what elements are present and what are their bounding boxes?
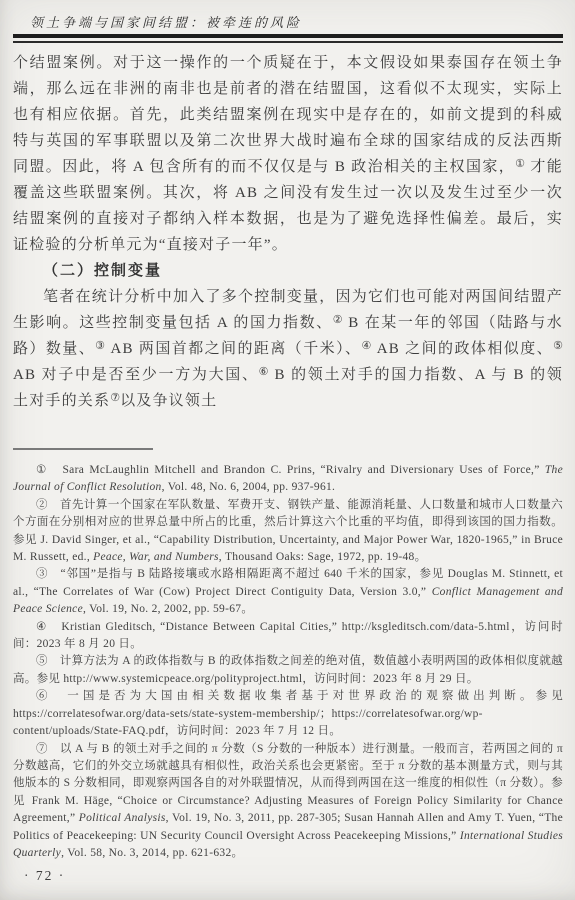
scanned-document-page: 领土争端与国家间结盟：被牵连的风险 个结盟案例。对于这一操作的一个质疑在于，本文… (0, 0, 575, 900)
header-rule-thick (13, 34, 563, 38)
footnote-3: ③ “邻国”是指与 B 陆路接壤或水路相隔距离不超过 640 千米的国家，参见 … (13, 566, 563, 618)
footnote-2: ② 首先计算一个国家在军队数量、军费开支、钢铁产量、能源消耗量、人口数量和城市人… (13, 497, 563, 567)
footnote-6: ⑥ 一国是否为大国由相关数据收集者基于对世界政治的观察做出判断。参见 https… (13, 688, 563, 740)
footnote-separator-rule (13, 448, 153, 450)
footnotes-section: ① Sara McLaughlin Mitchell and Brandon C… (13, 448, 563, 862)
footnote-1: ① Sara McLaughlin Mitchell and Brandon C… (13, 462, 563, 497)
page-number: · 72 · (24, 868, 65, 884)
body-paragraph-2: 笔者在统计分析中加入了多个控制变量，因为它们也可能对两国间结盟产生影响。这些控制… (13, 284, 563, 414)
section-heading: （二）控制变量 (13, 258, 563, 284)
header-rule-thin (13, 41, 563, 43)
body-paragraph-1: 个结盟案例。对于这一操作的一个质疑在于，本文假设如果泰国存在领土争端，那么远在非… (13, 50, 563, 258)
footnote-5: ⑤ 计算方法为 A 的政体指数与 B 的政体指数之间差的绝对值，数值越小表明两国… (13, 653, 563, 688)
footnote-4: ④ Kristian Gleditsch, “Distance Between … (13, 619, 563, 654)
running-head-title: 领土争端与国家间结盟：被牵连的风险 (30, 12, 302, 31)
page-body: 个结盟案例。对于这一操作的一个质疑在于，本文假设如果泰国存在领土争端，那么远在非… (13, 50, 563, 414)
footnote-7: ⑦ 以 A 与 B 的领土对手之间的 π 分数（S 分数的一种版本）进行测量。一… (13, 741, 563, 863)
